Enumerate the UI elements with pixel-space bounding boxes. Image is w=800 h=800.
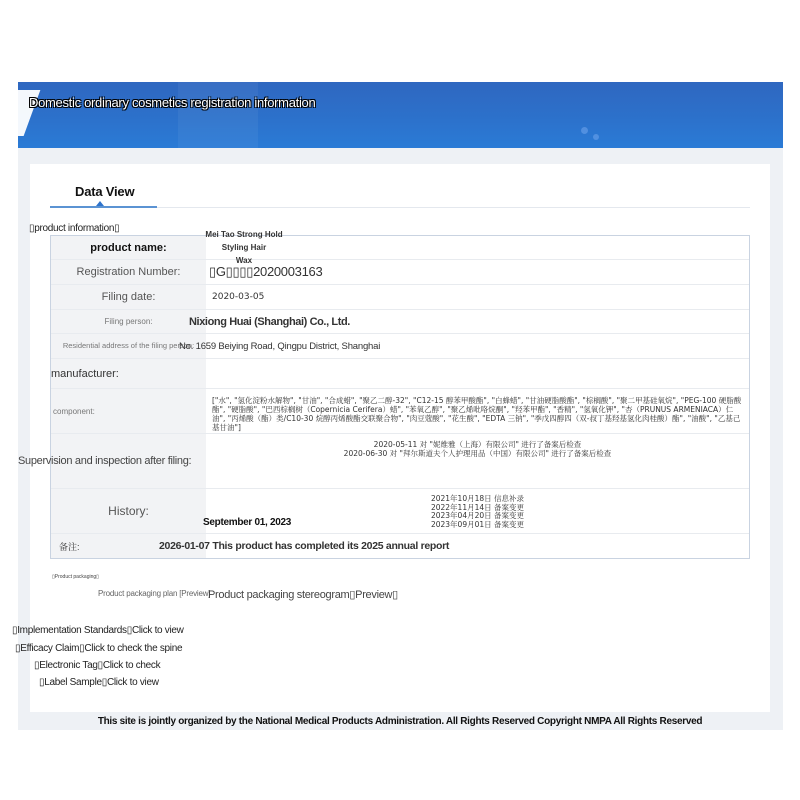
product-name-line1: Mei Tao Strong Hold Styling Hair	[194, 228, 294, 254]
banner-decoration-dot	[593, 134, 599, 140]
label-history: History:	[51, 489, 206, 533]
value-manufacturer	[206, 359, 749, 388]
table-row-manufacturer: manufacturer:	[51, 359, 749, 389]
value-note: 2026-01-07 This product has completed it…	[159, 534, 749, 558]
banner-decoration	[178, 82, 258, 148]
link-implementation-standards[interactable]: ▯Implementation Standards▯Click to view	[12, 625, 184, 636]
label-component: component:	[51, 389, 206, 433]
section-title-product-information: ▯product information▯	[29, 223, 119, 234]
banner-decoration-dot	[581, 127, 588, 134]
history-date-overlay: September 01, 2023	[203, 517, 291, 528]
table-row-registration-number: Registration Number: ▯G▯▯▯▯2020003163	[51, 260, 749, 285]
label-manufacturer: manufacturer:	[51, 359, 206, 388]
label-registration-number: Registration Number:	[51, 260, 206, 284]
label-product-name: product name:	[51, 236, 206, 259]
table-row-residential-address: Residential address of the filing person…	[51, 334, 749, 359]
product-info-table: product name: Mei Tao Strong Hold Stylin…	[50, 235, 750, 559]
table-row-product-name: product name: Mei Tao Strong Hold Stylin…	[51, 236, 749, 260]
supervision-entry: 2020-06-30 对 "拜尔斯道夫个人护理用品（中国）有限公司" 进行了备案…	[344, 449, 612, 458]
link-efficacy-claim[interactable]: ▯Efficacy Claim▯Click to check the spine	[15, 643, 182, 654]
value-supervision: 2020-05-11 对 "妮维雅（上海）有限公司" 进行了备案后检查 2020…	[206, 434, 749, 488]
link-packaging-stereogram-preview[interactable]: Product packaging stereogram▯Preview▯	[208, 588, 398, 601]
value-product-name: Mei Tao Strong Hold Styling Hair Wax	[194, 236, 294, 259]
tab-divider	[157, 207, 750, 208]
page-title: Domestic ordinary cosmetics registration…	[29, 95, 315, 110]
tab-data-view[interactable]: Data View	[75, 184, 134, 199]
table-row-filing-person: Filing person: Nixiong Huai (Shanghai) C…	[51, 310, 749, 334]
label-supervision: Supervision and inspection after filing:	[18, 455, 191, 467]
value-filing-person: Nixiong Huai (Shanghai) Co., Ltd.	[189, 310, 749, 333]
value-component: ["水", "氢化淀粉水解物", "甘油", "合成蜡", "聚乙二醇-32",…	[206, 389, 749, 433]
link-packaging-plan-preview[interactable]: Product packaging plan [Preview]	[98, 589, 210, 598]
label-filing-person: Filing person:	[51, 310, 206, 333]
table-row-component: component: ["水", "氢化淀粉水解物", "甘油", "合成蜡",…	[51, 389, 749, 434]
supervision-entry: 2020-05-11 对 "妮维雅（上海）有限公司" 进行了备案后检查	[374, 440, 582, 449]
tab-caret-icon	[96, 201, 104, 206]
link-label-sample[interactable]: ▯Label Sample▯Click to view	[39, 677, 159, 688]
link-electronic-tag[interactable]: ▯Electronic Tag▯Click to check	[34, 660, 160, 671]
value-residential-address: No. 1659 Beiying Road, Qingpu District, …	[179, 334, 749, 358]
table-row-filing-date: Filing date: 2020-03-05	[51, 285, 749, 310]
table-row-note: 备注: 2026-01-07 This product has complete…	[51, 534, 749, 558]
footer-copyright: This site is jointly organized by the Na…	[0, 716, 800, 727]
section-title-product-packaging: ▯Product packaging▯	[52, 574, 99, 580]
header-banner: Domestic ordinary cosmetics registration…	[18, 82, 783, 148]
value-registration-number: ▯G▯▯▯▯2020003163	[206, 260, 749, 284]
label-filing-date: Filing date:	[51, 285, 206, 309]
table-row-history: History: 2021年10月18日 信息补录 2022年11月14日 备案…	[51, 489, 749, 534]
history-entry: 2023年09月01日 备案变更	[431, 521, 524, 530]
tab-active-underline	[50, 206, 157, 208]
value-filing-date: 2020-03-05	[206, 285, 749, 309]
